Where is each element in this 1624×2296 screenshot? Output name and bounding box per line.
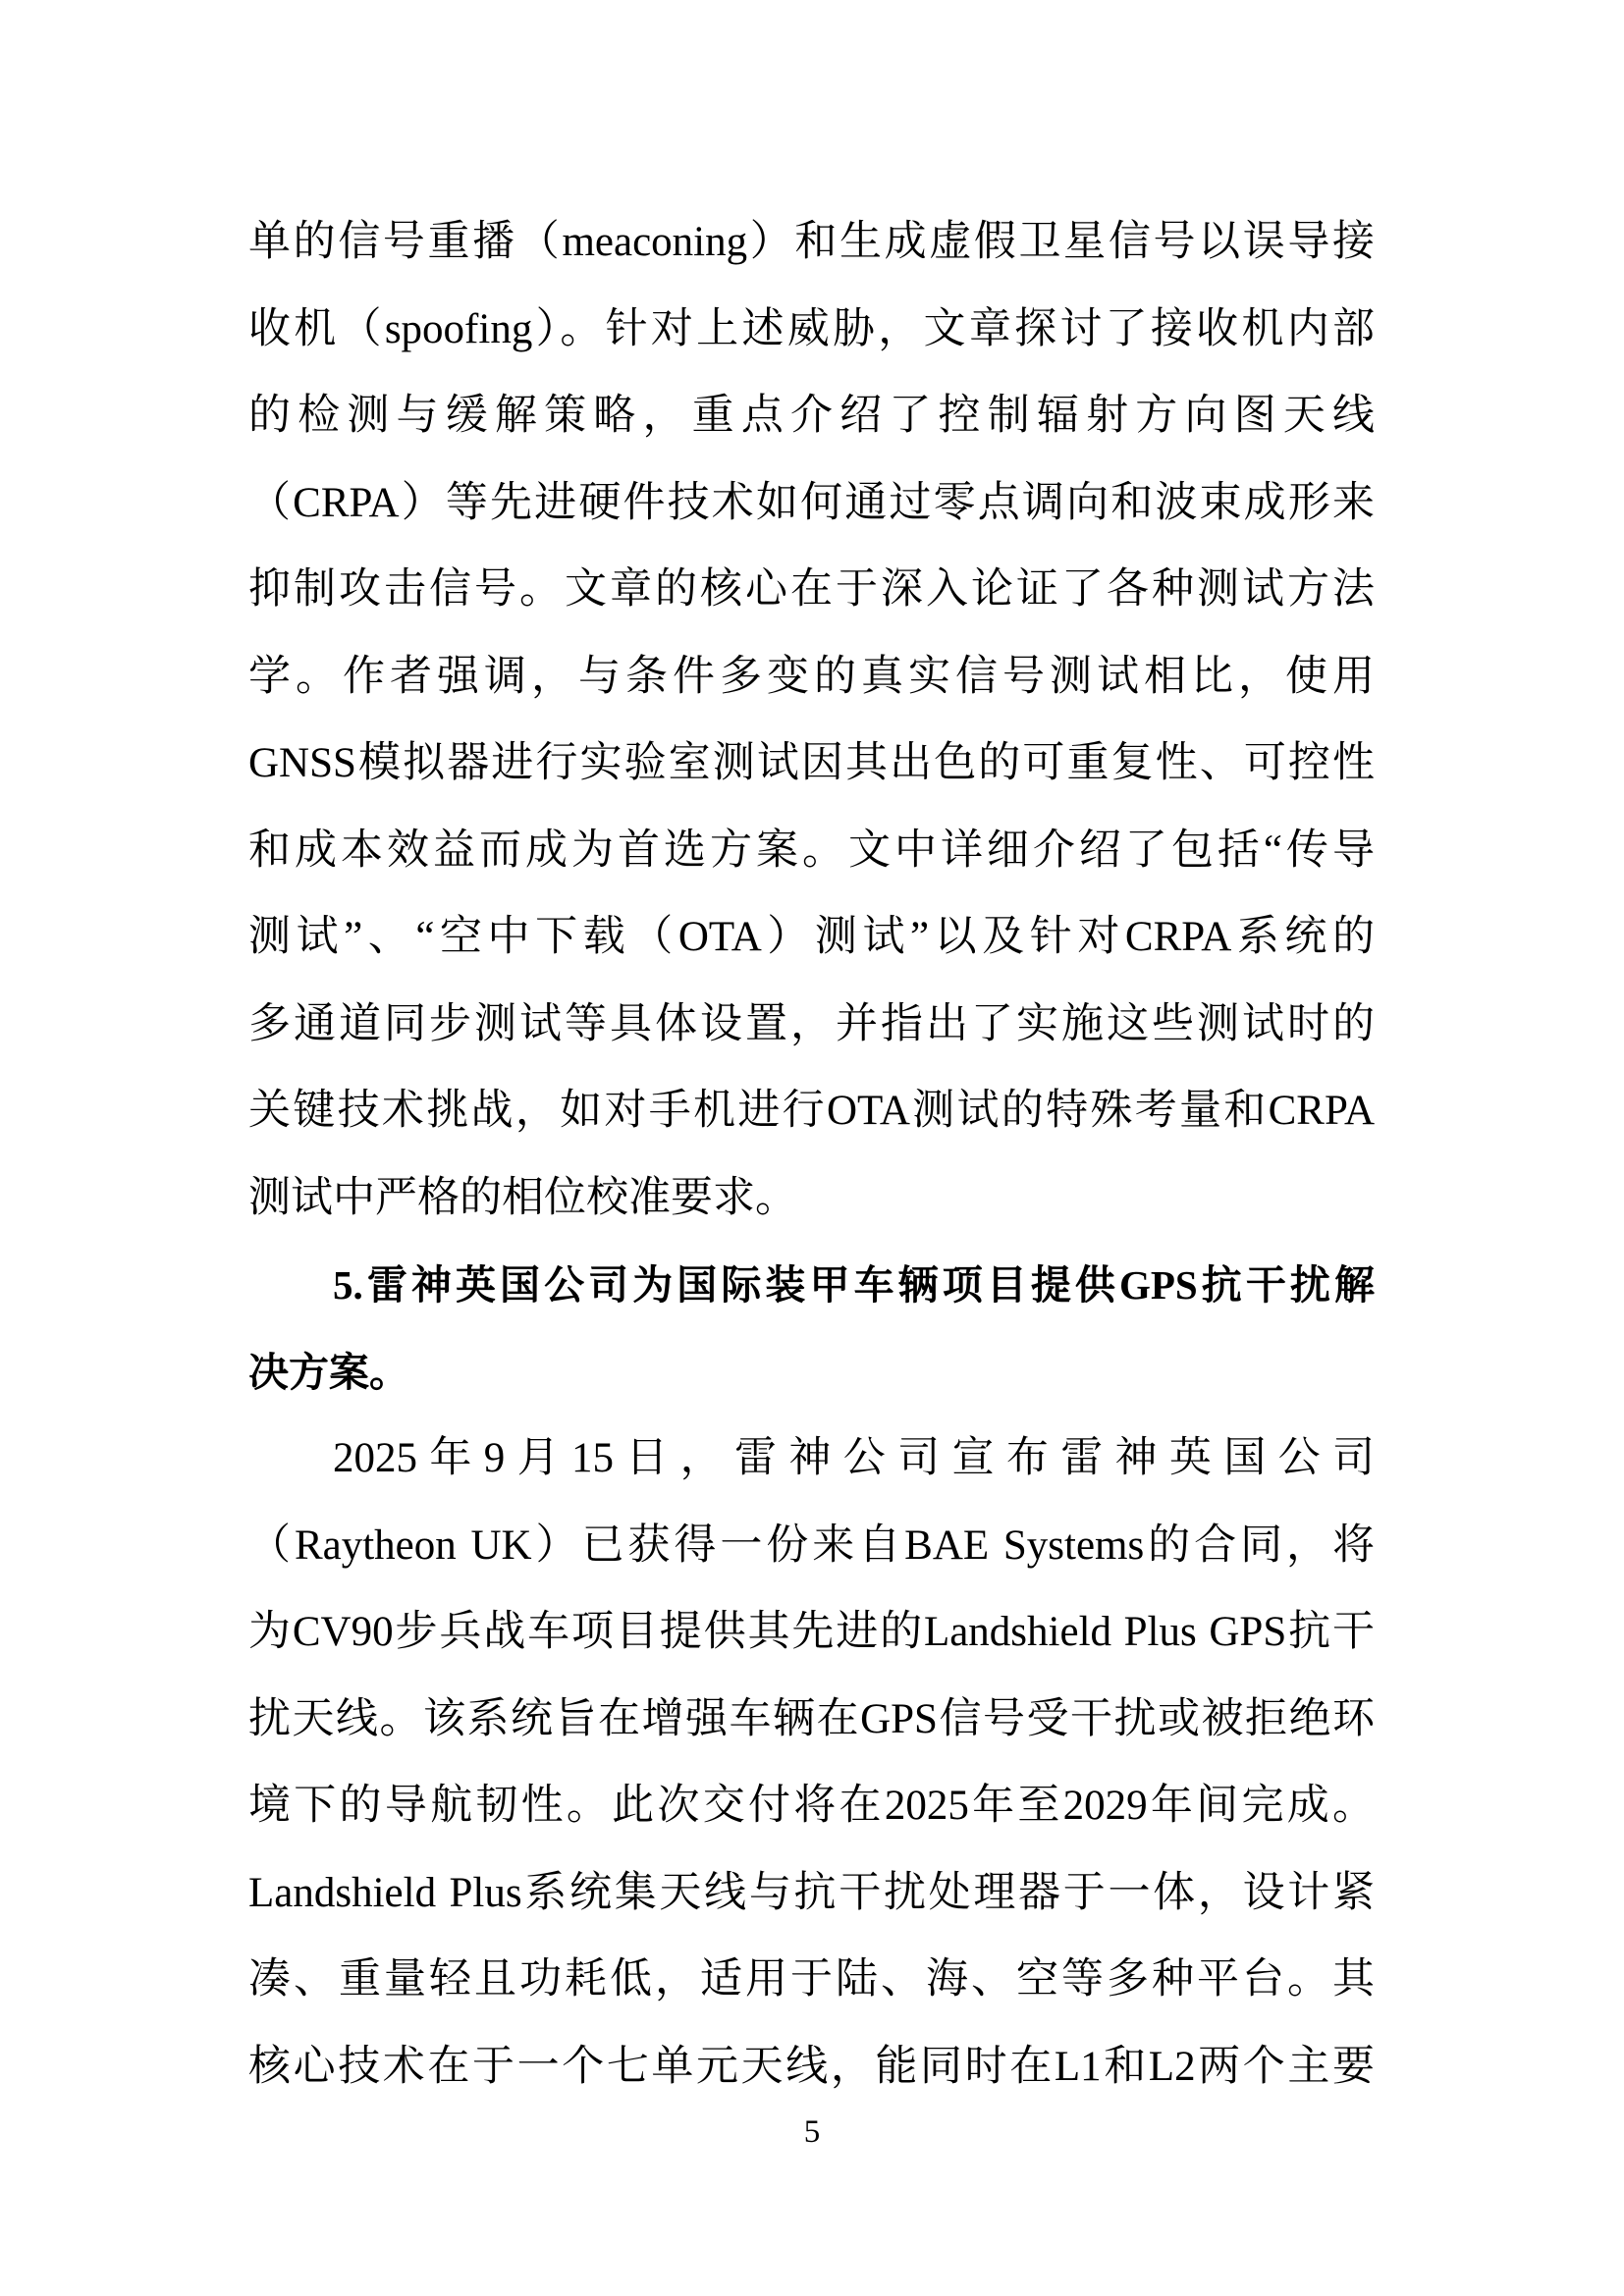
body-text-line: 凑、重量轻且功耗低，适用于陆、海、空等多种平台。其: [248, 1937, 1375, 2024]
body-text-line: （CRPA）等先进硬件技术如何通过零点调向和波束成形来: [248, 460, 1375, 548]
body-text-line: Landshield Plus系统集天线与抗干扰处理器于一体，设计紧: [248, 1850, 1375, 1938]
body-text-line: 2025年9月15日，雷神公司宣布雷神英国公司: [248, 1415, 1375, 1503]
body-text-line: 多通道同步测试等具体设置，并指出了实施这些测试时的: [248, 982, 1375, 1069]
section-heading-line: 5.雷神英国公司为国际装甲车辆项目提供GPS抗干扰解: [248, 1242, 1375, 1329]
body-text-line: 抑制攻击信号。文章的核心在于深入论证了各种测试方法: [248, 547, 1375, 634]
body-text-line: 测试中严格的相位校准要求。: [248, 1155, 1375, 1243]
body-text-line: 单的信号重播（meaconing）和生成虚假卫星信号以误导接: [248, 199, 1375, 287]
document-page: 单的信号重播（meaconing）和生成虚假卫星信号以误导接 收机（spoofi…: [0, 0, 1624, 2296]
text-block: 单的信号重播（meaconing）和生成虚假卫星信号以误导接 收机（spoofi…: [248, 199, 1375, 2110]
body-text-line: 为CV90步兵战车项目提供其先进的Landshield Plus GPS抗干: [248, 1589, 1375, 1677]
section-heading-line: 决方案。: [248, 1329, 1375, 1416]
body-text-line: GNSS模拟器进行实验室测试因其出色的可重复性、可控性: [248, 721, 1375, 808]
body-text-line: 学。作者强调，与条件多变的真实信号测试相比，使用: [248, 634, 1375, 721]
body-text-line: 收机（spoofing）。针对上述威胁，文章探讨了接收机内部: [248, 287, 1375, 374]
body-text-line: 测试”、“空中下载（OTA）测试”以及针对CRPA系统的: [248, 894, 1375, 982]
body-text-line: 关键技术挑战，如对手机进行OTA测试的特殊考量和CRPA: [248, 1068, 1375, 1155]
body-text-line: 和成本效益而成为首选方案。文中详细介绍了包括“传导: [248, 808, 1375, 895]
page-number: 5: [0, 2103, 1624, 2162]
body-text-line: （Raytheon UK）已获得一份来自BAE Systems的合同，将: [248, 1503, 1375, 1590]
body-text-line: 核心技术在于一个七单元天线，能同时在L1和L2两个主要: [248, 2024, 1375, 2111]
body-text-line: 境下的导航韧性。此次交付将在2025年至2029年间完成。: [248, 1763, 1375, 1850]
body-text-line: 的检测与缓解策略，重点介绍了控制辐射方向图天线: [248, 373, 1375, 460]
body-text-line: 扰天线。该系统旨在增强车辆在GPS信号受干扰或被拒绝环: [248, 1677, 1375, 1764]
